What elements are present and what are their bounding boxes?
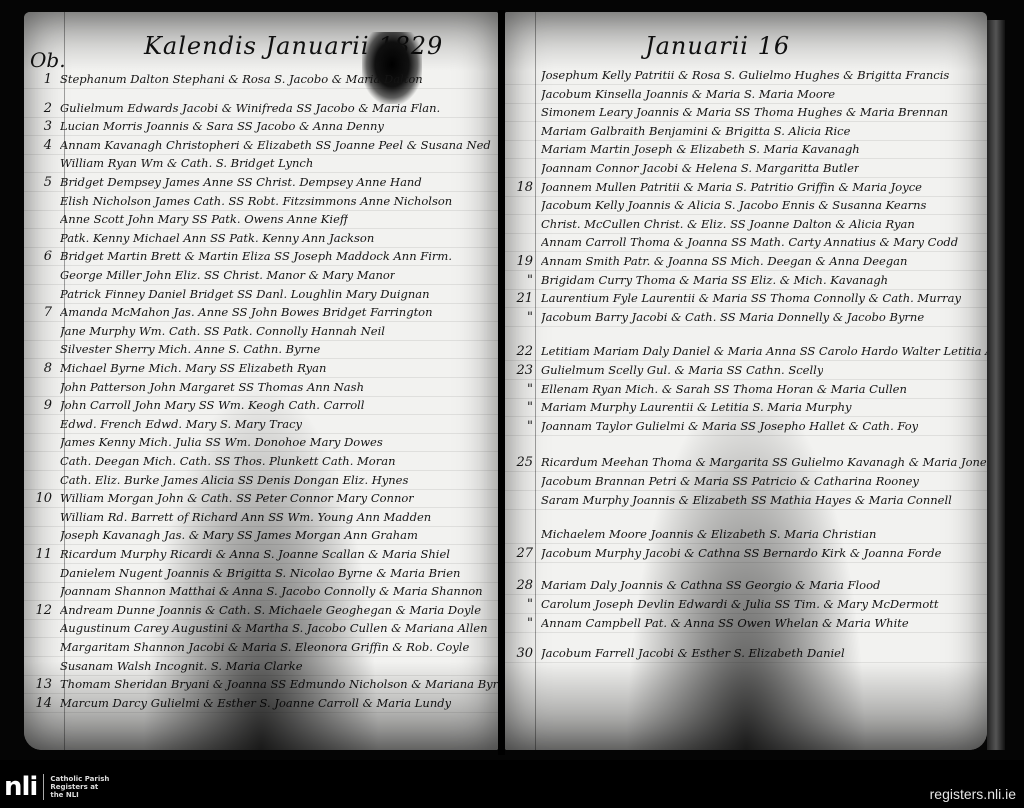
entry-text: Saram Murphy Joannis & Elizabeth SS Math… <box>541 493 952 507</box>
ruled-line <box>24 526 498 527</box>
ruled-line <box>24 135 498 136</box>
ruled-line <box>24 191 498 192</box>
entry-text: Amanda McMahon Jas. Anne SS John Bowes B… <box>60 305 433 319</box>
ruled-line <box>24 489 498 490</box>
entry-text: Michaelem Moore Joannis & Elizabeth S. M… <box>541 527 876 541</box>
ruled-line <box>24 582 498 583</box>
entry-text: Joannam Connor Jacobi & Helena S. Margar… <box>541 161 859 175</box>
entry-text: Jacobum Barry Jacobi & Cath. SS Maria Do… <box>541 310 924 324</box>
ruled-line <box>24 396 498 397</box>
entry-text: Jacobum Brannan Petri & Maria SS Patrici… <box>541 474 919 488</box>
ruled-line <box>24 284 498 285</box>
entry-day-number: " <box>505 310 541 325</box>
entry-text: Thomam Sheridan Bryani & Joanna SS Edmun… <box>60 677 498 691</box>
ruled-line <box>505 270 987 271</box>
nli-logo[interactable]: nli Catholic Parish Registers at the NLI <box>4 774 109 800</box>
ruled-line <box>505 632 987 633</box>
entry-text: Jacobum Kelly Joannis & Alicia S. Jacobo… <box>541 198 926 212</box>
ruled-line <box>24 358 498 359</box>
entry-day-number: 30 <box>505 646 541 661</box>
ruled-line <box>505 307 987 308</box>
entry-day-number: 6 <box>24 249 60 264</box>
ruled-line <box>505 543 987 544</box>
entry-text: Gulielmum Scelly Gul. & Maria SS Cathn. … <box>541 363 823 377</box>
entry-day-number: " <box>505 382 541 397</box>
entry-day-number: 27 <box>505 546 541 561</box>
ruled-line <box>24 414 498 415</box>
entry-text: Silvester Sherry Mich. Anne S. Cathn. By… <box>60 342 320 356</box>
entry-text: Jacobum Farrell Jacobi & Esther S. Eliza… <box>541 646 845 660</box>
ruled-line <box>24 712 498 713</box>
entry-day-number: 5 <box>24 175 60 190</box>
entry-text: Bridget Martin Brett & Martin Eliza SS J… <box>60 249 452 263</box>
ruled-line <box>24 154 498 155</box>
ink-blot <box>362 32 422 104</box>
entry-text: Joannam Taylor Gulielmi & Maria SS Josep… <box>541 419 918 433</box>
right-page: Januarii 16 Josephum Kelly Patritii & Ro… <box>505 12 987 750</box>
entry-text: Josephum Kelly Patritii & Rosa S. Guliel… <box>541 68 949 82</box>
right-page-heading: Januarii 16 <box>645 32 790 60</box>
ruled-line <box>505 84 987 85</box>
entry-day-number: 23 <box>505 363 541 378</box>
entry-text: Carolum Joseph Devlin Edwardi & Julia SS… <box>541 597 939 611</box>
entry-text: Edwd. French Edwd. Mary S. Mary Tracy <box>60 417 302 431</box>
entry-text: John Carroll John Mary SS Wm. Keogh Cath… <box>60 398 364 412</box>
logo-divider <box>43 774 44 800</box>
ruled-line <box>505 196 987 197</box>
ruled-line <box>24 563 498 564</box>
entry-text: Jacobum Kinsella Joannis & Maria S. Mari… <box>541 87 835 101</box>
ruled-line <box>505 140 987 141</box>
ruled-line <box>505 490 987 491</box>
ruled-line <box>24 619 498 620</box>
entry-day-number: 18 <box>505 180 541 195</box>
entry-text: Jane Murphy Wm. Cath. SS Patk. Connolly … <box>60 324 385 338</box>
site-link[interactable]: registers.nli.ie <box>930 786 1016 802</box>
entry-day-number: 1 <box>24 72 60 87</box>
ruled-line <box>505 416 987 417</box>
entry-day-number: 19 <box>505 254 541 269</box>
ruled-line <box>505 613 987 614</box>
ruled-line <box>505 158 987 159</box>
entry-day-number: 11 <box>24 547 60 562</box>
ruled-line <box>24 265 498 266</box>
entry-text: Letitiam Mariam Daly Daniel & Maria Anna… <box>541 344 987 358</box>
ruled-line <box>24 675 498 676</box>
scanned-register-image: Ob. Kalendis Januarii 1829 1Stephanum Da… <box>0 0 1024 760</box>
ruled-line <box>24 433 498 434</box>
entry-text: William Morgan John & Cath. SS Peter Con… <box>60 491 414 505</box>
ruled-line <box>24 693 498 694</box>
ruled-line <box>24 470 498 471</box>
entry-text: Lucian Morris Joannis & Sara SS Jacobo &… <box>60 119 384 133</box>
ruled-line <box>505 289 987 290</box>
ruled-line <box>24 247 498 248</box>
entry-text: Annam Kavanagh Christopheri & Elizabeth … <box>60 138 491 152</box>
entry-text: Annam Smith Patr. & Joanna SS Mich. Deeg… <box>541 254 907 268</box>
ruled-line <box>24 656 498 657</box>
entry-text: Danielem Nugent Joannis & Brigitta S. Ni… <box>60 566 460 580</box>
entry-day-number: 8 <box>24 361 60 376</box>
entry-day-number: 4 <box>24 138 60 153</box>
ruled-line <box>505 214 987 215</box>
entry-day-number: " <box>505 419 541 434</box>
ruled-line <box>505 594 987 595</box>
nli-logo-mark: nli <box>4 774 37 800</box>
entry-day-number: " <box>505 597 541 612</box>
ruled-line <box>24 210 498 211</box>
entry-day-number: 28 <box>505 578 541 593</box>
ruled-line <box>24 451 498 452</box>
entry-text: Marcum Darcy Gulielmi & Esther S. Joanne… <box>60 696 451 710</box>
entry-text: Laurentium Fyle Laurentii & Maria SS Tho… <box>541 291 961 305</box>
ruled-line <box>24 377 498 378</box>
ruled-line <box>505 103 987 104</box>
entry-text: Ellenam Ryan Mich. & Sarah SS Thoma Hora… <box>541 382 907 396</box>
ruled-line <box>505 379 987 380</box>
corner-mark: Ob. <box>30 48 66 72</box>
entry-text: Mariam Murphy Laurentii & Letitia S. Mar… <box>541 400 852 414</box>
entry-text: Simonem Leary Joannis & Maria SS Thoma H… <box>541 105 948 119</box>
left-page: Ob. Kalendis Januarii 1829 1Stephanum Da… <box>24 12 498 750</box>
ruled-line <box>505 662 987 663</box>
entry-day-number: 14 <box>24 696 60 711</box>
ruled-line <box>505 177 987 178</box>
entry-day-number: " <box>505 400 541 415</box>
entry-day-number: 25 <box>505 455 541 470</box>
ruled-line <box>24 303 498 304</box>
page-edge <box>987 20 1005 750</box>
entry-text: William Ryan Wm & Cath. S. Bridget Lynch <box>60 156 313 170</box>
entry-text: George Miller John Eliz. SS Christ. Mano… <box>60 268 395 282</box>
entry-day-number: 7 <box>24 305 60 320</box>
ruled-line <box>505 435 987 436</box>
ruled-line <box>505 398 987 399</box>
ruled-line <box>505 233 987 234</box>
ruled-line <box>24 507 498 508</box>
entry-text: Anne Scott John Mary SS Patk. Owens Anne… <box>60 212 348 226</box>
entry-day-number: 12 <box>24 603 60 618</box>
ruled-line <box>505 326 987 327</box>
entry-text: Mariam Daly Joannis & Cathna SS Georgio … <box>541 578 880 592</box>
entry-text: Margaritam Shannon Jacobi & Maria S. Ele… <box>60 640 469 654</box>
ruled-line <box>24 88 498 89</box>
ruled-line <box>505 121 987 122</box>
entry-text: Annam Carroll Thoma & Joanna SS Math. Ca… <box>541 235 958 249</box>
entry-text: Bridget Dempsey James Anne SS Christ. De… <box>60 175 422 189</box>
logo-text-line: the NLI <box>50 791 109 799</box>
entry-text: Cath. Deegan Mich. Cath. SS Thos. Plunke… <box>60 454 396 468</box>
entry-text: Jacobum Murphy Jacobi & Cathna SS Bernar… <box>541 546 941 560</box>
ruled-line <box>505 509 987 510</box>
ruled-line <box>505 360 987 361</box>
ruled-line <box>24 637 498 638</box>
ruled-line <box>505 251 987 252</box>
ruled-line <box>24 340 498 341</box>
entry-day-number: 22 <box>505 344 541 359</box>
entry-text: Brigidam Curry Thoma & Maria SS Eliz. & … <box>541 273 888 287</box>
entry-text: Cath. Eliz. Burke James Alicia SS Denis … <box>60 473 408 487</box>
entry-text: Joannam Shannon Matthai & Anna S. Jacobo… <box>60 584 483 598</box>
entry-text: Elish Nicholson James Cath. SS Robt. Fit… <box>60 194 452 208</box>
entry-text: Andream Dunne Joannis & Cath. S. Michael… <box>60 603 481 617</box>
entry-text: Mariam Galbraith Benjamini & Brigitta S.… <box>541 124 850 138</box>
entry-text: Stephanum Dalton Stephani & Rosa S. Jaco… <box>60 72 423 86</box>
entry-day-number: 13 <box>24 677 60 692</box>
entry-day-number: 10 <box>24 491 60 506</box>
entry-day-number: " <box>505 616 541 631</box>
entry-day-number: 9 <box>24 398 60 413</box>
entry-text: Susanam Walsh Incognit. S. Maria Clarke <box>60 659 303 673</box>
ruled-line <box>24 228 498 229</box>
entry-day-number: " <box>505 273 541 288</box>
entry-text: William Rd. Barrett of Richard Ann SS Wm… <box>60 510 431 524</box>
ruled-line <box>505 562 987 563</box>
logo-text-line: Registers at <box>50 783 109 791</box>
book-spine <box>498 10 505 755</box>
ruled-line <box>24 544 498 545</box>
ruled-line <box>24 321 498 322</box>
footer-bar: nli Catholic Parish Registers at the NLI… <box>0 760 1024 808</box>
entry-text: Michael Byrne Mich. Mary SS Elizabeth Ry… <box>60 361 326 375</box>
entry-day-number: 3 <box>24 119 60 134</box>
entry-text: Joseph Kavanagh Jas. & Mary SS James Mor… <box>60 528 418 542</box>
logo-text-line: Catholic Parish <box>50 775 109 783</box>
entry-text: Mariam Martin Joseph & Elizabeth S. Mari… <box>541 142 860 156</box>
entry-text: Patk. Kenny Michael Ann SS Patk. Kenny A… <box>60 231 374 245</box>
entry-day-number: 21 <box>505 291 541 306</box>
ruled-line <box>24 600 498 601</box>
entry-text: Annam Campbell Pat. & Anna SS Owen Whela… <box>541 616 909 630</box>
ruled-line <box>24 172 498 173</box>
entry-text: Patrick Finney Daniel Bridget SS Danl. L… <box>60 287 430 301</box>
entry-text: Joannem Mullen Patritii & Maria S. Patri… <box>541 180 922 194</box>
entry-text: John Patterson John Margaret SS Thomas A… <box>60 380 364 394</box>
entry-text: James Kenny Mich. Julia SS Wm. Donohoe M… <box>60 435 383 449</box>
logo-text: Catholic Parish Registers at the NLI <box>50 775 109 799</box>
entry-text: Ricardum Meehan Thoma & Margarita SS Gul… <box>541 455 987 469</box>
entry-text: Augustinum Carey Augustini & Martha S. J… <box>60 621 487 635</box>
entry-text: Christ. McCullen Christ. & Eliz. SS Joan… <box>541 217 915 231</box>
ruled-line <box>505 471 987 472</box>
entry-text: Ricardum Murphy Ricardi & Anna S. Joanne… <box>60 547 450 561</box>
entry-day-number: 2 <box>24 101 60 116</box>
ruled-line <box>24 117 498 118</box>
entry-text: Gulielmum Edwards Jacobi & Winifreda SS … <box>60 101 440 115</box>
